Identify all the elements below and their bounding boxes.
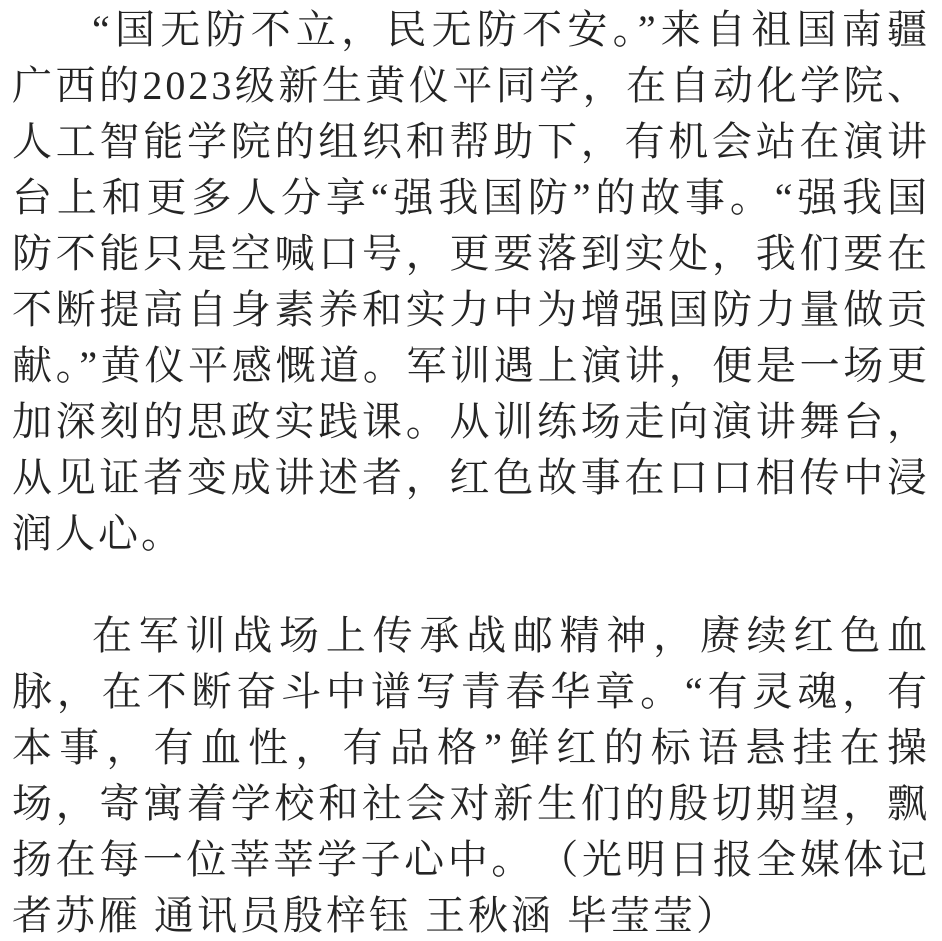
article-body: “国无防不立，民无防不安。”来自祖国南疆广西的2023级新生黄仪平同学，在自动化… xyxy=(0,0,942,941)
article-paragraph-1: “国无防不立，民无防不安。”来自祖国南疆广西的2023级新生黄仪平同学，在自动化… xyxy=(12,2,930,562)
article-paragraph-2: 在军训战场上传承战邮精神，赓续红色血脉，在不断奋斗中谱写青春华章。“有灵魂，有本… xyxy=(12,608,930,941)
